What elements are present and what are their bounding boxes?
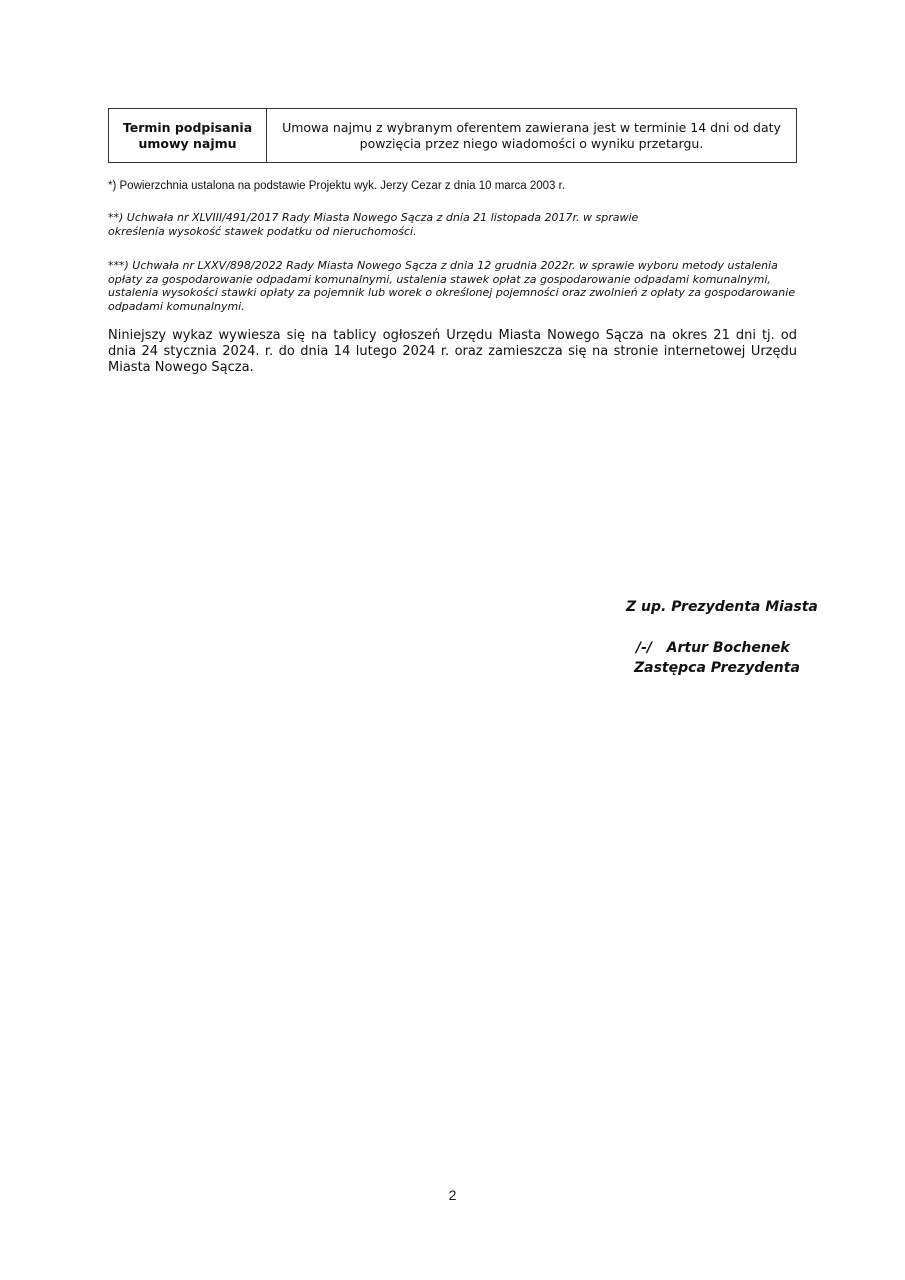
lease-signing-table: Termin podpisania umowy najmu Umowa najm… <box>108 108 797 163</box>
table-label-cell: Termin podpisania umowy najmu <box>109 109 267 162</box>
page-number: 2 <box>0 1187 905 1203</box>
signature-title: Zastępca Prezydenta <box>634 658 800 678</box>
footnote-property-tax: **) Uchwała nr XLVIII/491/2017 Rady Mias… <box>108 211 668 238</box>
signature-authority: Z up. Prezydenta Miasta <box>626 597 818 617</box>
footnote-area: *) Powierzchnia ustalona na podstawie Pr… <box>108 180 797 194</box>
footnote-waste-fee: ***) Uchwała nr LXXV/898/2022 Rady Miast… <box>108 259 797 313</box>
notice-paragraph: Niniejszy wykaz wywiesza się na tablicy … <box>108 328 797 376</box>
signature-name: /-/ Artur Bochenek <box>636 638 790 658</box>
table-value-cell: Umowa najmu z wybranym oferentem zawiera… <box>267 109 796 162</box>
document-page: Termin podpisania umowy najmu Umowa najm… <box>0 0 905 1280</box>
